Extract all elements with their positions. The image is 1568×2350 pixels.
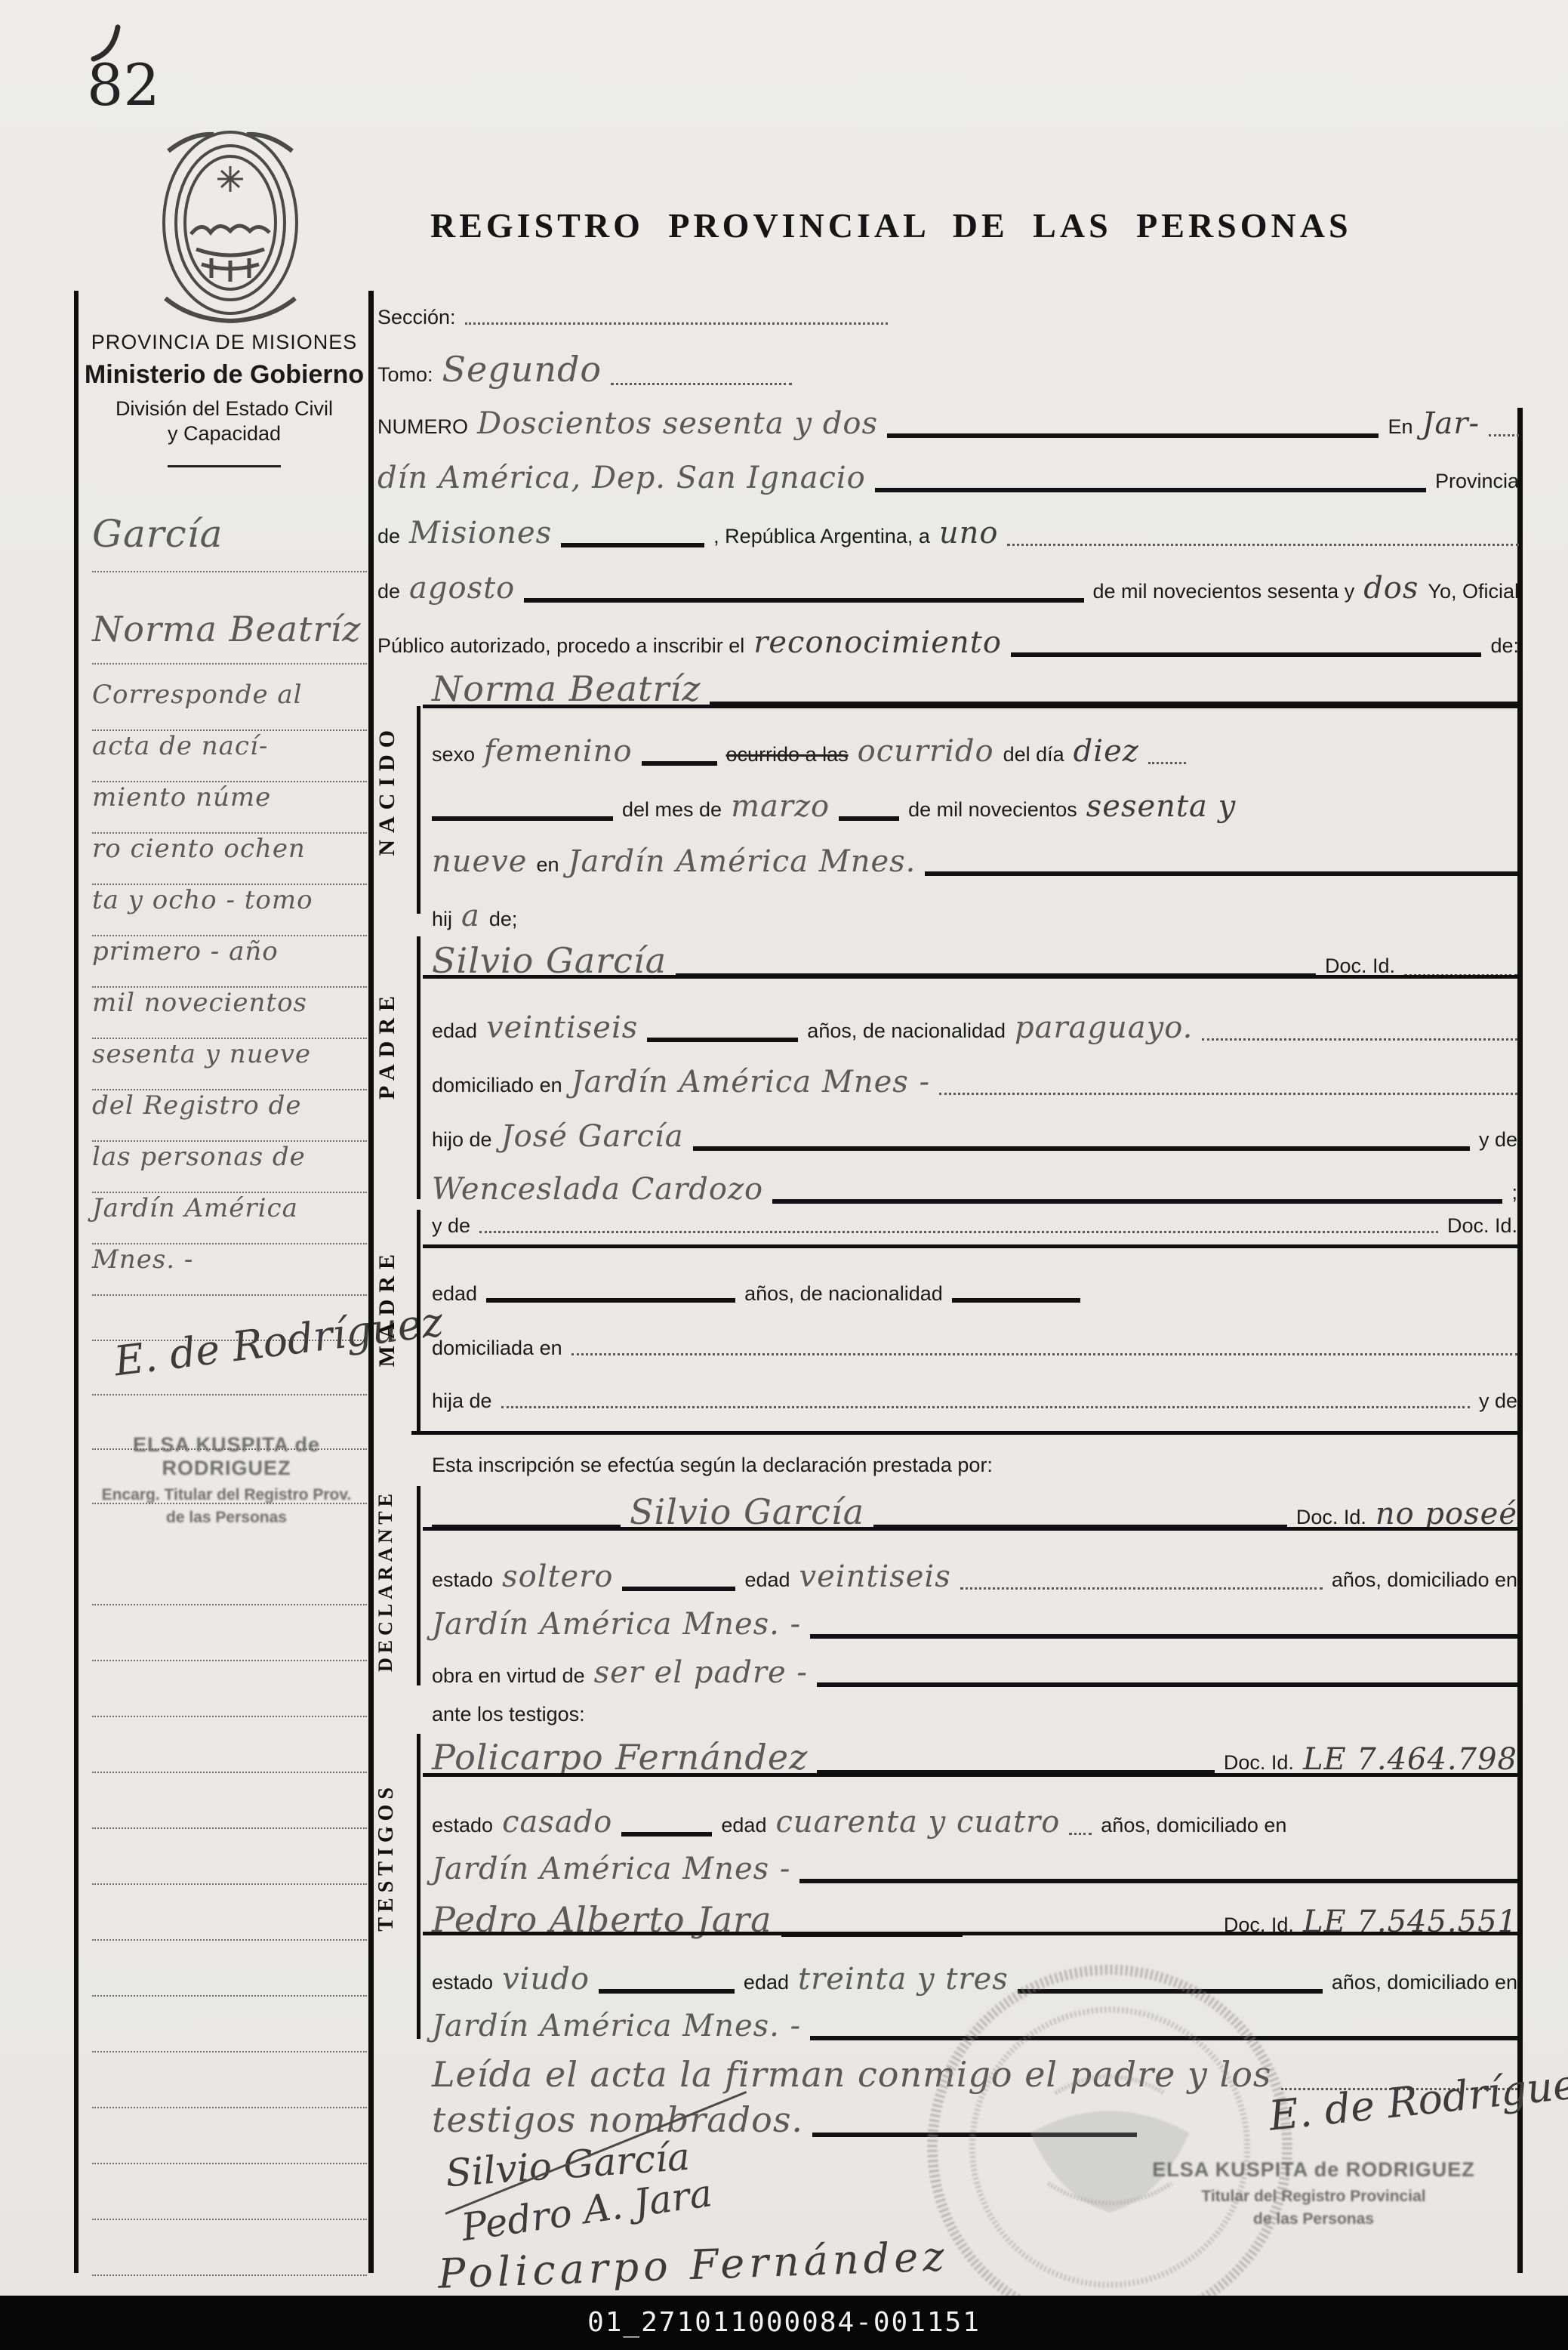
- stamp-name: ELSA KUSPITA de RODRIGUEZ: [75, 1433, 377, 1480]
- anio-nacimiento-unidad-value: nueve: [432, 844, 527, 879]
- doc-id-label: Doc. Id.: [1224, 1751, 1294, 1775]
- org-division-1: División del Estado Civil: [82, 397, 367, 421]
- scan-code: 01_271011000084-001151: [0, 2296, 1568, 2350]
- testigo2-estado-value: viudo: [502, 1962, 590, 1997]
- line: [642, 755, 717, 766]
- testigo1-domicilio-value: Jardín América Mnes -: [432, 1852, 790, 1886]
- stamp-name: ELSA KUSPITA de RODRIGUEZ: [1132, 2158, 1495, 2182]
- margin-note-line: primero - año: [92, 936, 367, 988]
- line: [501, 1400, 1470, 1408]
- testigos-intro-label: ante los testigos:: [432, 1703, 585, 1726]
- margin-note-text: sesenta y nueve: [92, 1039, 311, 1069]
- row-numero: NUMERO Doscientos sesenta y dos En Jar-: [377, 406, 1519, 441]
- line: [1202, 1032, 1517, 1041]
- org-province: PROVINCIA DE MISIONES: [82, 331, 367, 354]
- line: [486, 1292, 735, 1303]
- spacer: [801, 384, 1519, 390]
- row-lugar-nacimiento: nueve en Jardín América Mnes.: [432, 844, 1517, 879]
- row-mes-nacimiento: del mes de marzo de mil novecientos sese…: [432, 789, 1517, 824]
- line: [621, 1826, 712, 1837]
- sidebar-ruled-line: [92, 1885, 367, 1941]
- row-nacido-nombre: Norma Beatríz: [432, 668, 1517, 709]
- margin-note-line: miento núme: [92, 782, 367, 834]
- form-right-border: [1517, 408, 1523, 2273]
- page-number: 82: [87, 51, 160, 119]
- sidebar-ruled-line: [92, 1392, 367, 1396]
- padre-nacionalidad-value: paraguayo.: [1015, 1010, 1193, 1045]
- tomo-line: [611, 377, 792, 385]
- ocurrido-value: ocurrido: [858, 734, 994, 769]
- hijo-de-label: hijo de: [432, 1128, 492, 1152]
- y-de-label: y de: [1479, 1128, 1517, 1152]
- sidebar-ruled-line: [92, 1941, 367, 1997]
- line: [952, 1292, 1080, 1303]
- margin-note-text: mil novecientos: [92, 988, 307, 1018]
- row-abuelo: hijo de José García y de: [432, 1119, 1517, 1154]
- line: [1007, 538, 1519, 546]
- row-fecha: de agosto de mil novecientos sesenta y d…: [377, 571, 1519, 606]
- acto-value: reconocimiento: [753, 625, 1002, 660]
- dia-registro-value: uno: [939, 516, 999, 550]
- sidebar-surname-line: García: [92, 480, 367, 572]
- declaracion-intro-label: Esta inscripción se efectúa según la dec…: [432, 1454, 993, 1477]
- sidebar-ruled-line: [92, 1605, 367, 1661]
- row-acto: Público autorizado, procedo a inscribir …: [377, 625, 1519, 660]
- testigo1-estado-value: casado: [502, 1805, 612, 1840]
- stamp-title: Encarg. Titular del Registro Prov.: [75, 1486, 377, 1504]
- margin-note-line: mil novecientos: [92, 988, 367, 1039]
- stamp-office: de las Personas: [75, 1509, 377, 1527]
- line: [925, 865, 1517, 876]
- y-de-label: y de: [432, 1214, 470, 1238]
- numero-line: [887, 427, 1379, 438]
- estado-label: estado: [432, 1568, 493, 1592]
- section-rule: [423, 1932, 1517, 1935]
- tomo-value: Segundo: [442, 349, 602, 390]
- edad-label: edad: [744, 1971, 789, 1994]
- line: [810, 1628, 1517, 1639]
- sidebar-surname: García: [92, 512, 223, 556]
- del-dia-label: del día: [1003, 743, 1064, 766]
- semicolon-label: ;: [1511, 1181, 1517, 1204]
- en-label: en: [536, 853, 559, 877]
- provincia-misiones-seal-icon: [155, 121, 306, 332]
- line: [875, 482, 1426, 492]
- edad-label: edad: [432, 1019, 477, 1043]
- org-divider: [168, 465, 281, 467]
- numero-label: NUMERO: [377, 415, 468, 439]
- margin-note-text: primero - año: [92, 936, 279, 967]
- sidebar-official-stamp: ELSA KUSPITA de RODRIGUEZ Encarg. Titula…: [75, 1433, 377, 1527]
- mes-registro-value: agosto: [409, 571, 515, 606]
- line: [479, 1225, 1438, 1233]
- line: [772, 1193, 1502, 1204]
- margin-note-line: sesenta y nueve: [92, 1039, 367, 1090]
- official-round-stamp: [898, 1944, 1321, 2350]
- line: [571, 1347, 1517, 1355]
- row-declarante-nombre: Silvio García Doc. Id. no poseé: [432, 1491, 1517, 1532]
- row-lugar: dín América, Dep. San Ignacio Provincia: [377, 461, 1519, 495]
- row-madre-padres: hija de y de: [432, 1389, 1517, 1413]
- y-de-label: y de: [1479, 1389, 1517, 1413]
- row-tomo: Tomo: Segundo: [377, 349, 1519, 390]
- margin-note-text: Mnes. -: [92, 1244, 193, 1275]
- doc-id-label: Doc. Id.: [1447, 1214, 1517, 1238]
- row-provincia: de Misiones , República Argentina, a uno: [377, 516, 1519, 550]
- row-testigos-intro: ante los testigos:: [432, 1703, 1517, 1726]
- sexo-value: femenino: [484, 734, 632, 769]
- nacido-bracket: [417, 706, 420, 914]
- de-label: de: [377, 525, 400, 548]
- org-ministry: Ministerio de Gobierno: [82, 360, 367, 390]
- sidebar-ruled-line: [92, 1717, 367, 1773]
- lugar-nacimiento-value: Jardín América Mnes.: [568, 844, 916, 879]
- section-label-declarante: DECLARANTE: [374, 1489, 397, 1672]
- madre-bracket: [417, 1210, 420, 1435]
- nacido-nombre-value: Norma Beatríz: [432, 668, 701, 709]
- hija-de-label: hija de: [432, 1389, 492, 1413]
- edad-label: edad: [721, 1814, 766, 1837]
- nacionalidad-label: años, de nacionalidad: [744, 1282, 943, 1306]
- line: [799, 1873, 1517, 1883]
- line: [622, 1581, 735, 1591]
- row-sexo: sexo femenino ocurrido a las ocurrido de…: [432, 734, 1517, 769]
- row-hija-de: hij a de;: [432, 899, 1517, 933]
- edad-label: edad: [744, 1568, 790, 1592]
- testigo1-nombre-value: Policarpo Fernández: [432, 1737, 808, 1778]
- tomo-label: Tomo:: [377, 363, 433, 387]
- section-rule: [423, 975, 1517, 979]
- margin-note-text: acta de nací-: [92, 731, 268, 761]
- domiciliado-suffix-label: años, domiciliado en: [1332, 1971, 1517, 1994]
- testigo1-doc-value: LE 7.464.798: [1303, 1742, 1517, 1777]
- lugar-cont-value: dín América, Dep. San Ignacio: [377, 461, 866, 495]
- sidebar-ruled-line: [92, 1997, 367, 2052]
- margin-note-text: Corresponde al: [92, 680, 303, 710]
- sidebar-ruled-line: [92, 2164, 367, 2220]
- row-declarante-estado: estado soltero edad veintiseis años, dom…: [432, 1559, 1517, 1594]
- section-rule: [423, 1244, 1517, 1248]
- dia-nacimiento-value: diez: [1074, 734, 1139, 769]
- anio-registro-value: dos: [1363, 571, 1419, 606]
- sidebar-ruled-line: [92, 2108, 367, 2164]
- abuelo-paterno-value: José García: [501, 1119, 684, 1154]
- margin-note: Corresponde al acta de nací- miento núme…: [92, 680, 367, 1296]
- line: [1011, 646, 1482, 657]
- sidebar-given-names: Norma Beatríz: [92, 609, 361, 649]
- sidebar-left-border: [74, 291, 79, 2273]
- padre-edad-value: veintiseis: [486, 1010, 638, 1045]
- margin-note-line: las personas de: [92, 1142, 367, 1193]
- doc-id-label: Doc. Id.: [1296, 1506, 1366, 1529]
- sidebar-ruled-line: [92, 1661, 367, 1717]
- domiciliado-label: domiciliado en: [432, 1074, 562, 1097]
- sidebar-ruled-line: [92, 2052, 367, 2108]
- margin-note-text: miento núme: [92, 782, 271, 813]
- en-label: En: [1388, 415, 1412, 439]
- margin-note-line: ro ciento ochen: [92, 834, 367, 885]
- lugar-inicio-value: Jar-: [1422, 406, 1480, 441]
- publico-label: Público autorizado, procedo a inscribir …: [377, 634, 744, 658]
- declarante-bracket: [417, 1486, 420, 1685]
- padre-domicilio-value: Jardín América Mnes -: [571, 1065, 930, 1099]
- de-colon-label: de:: [1490, 634, 1519, 658]
- sidebar-ruled-line: [92, 1550, 367, 1605]
- republica-label: , República Argentina, a: [713, 525, 930, 548]
- declarante-edad-value: veintiseis: [799, 1559, 951, 1594]
- row-madre-domicilio: domiciliada en: [432, 1337, 1517, 1360]
- margin-note-line: ta y ocho - tomo: [92, 885, 367, 936]
- nacionalidad-label: años, de nacionalidad: [807, 1019, 1006, 1043]
- seccion-label: Sección:: [377, 306, 456, 329]
- spacer: [526, 927, 1517, 933]
- line: [1148, 756, 1186, 764]
- row-testigo1-nombre: Policarpo Fernández Doc. Id. LE 7.464.79…: [432, 1737, 1517, 1778]
- line: [524, 592, 1083, 603]
- yo-oficial-label: Yo, Oficial: [1428, 580, 1519, 603]
- spacer: [897, 323, 1519, 329]
- obra-label: obra en virtud de: [432, 1664, 585, 1688]
- org-division-2: y Capacidad: [82, 422, 367, 446]
- abuela-paterna-value: Wenceslada Cardozo: [432, 1172, 763, 1207]
- oficial-stamp-block: ELSA KUSPITA de RODRIGUEZ Titular del Re…: [1132, 2158, 1495, 2228]
- line: [960, 1581, 1323, 1590]
- sidebar-given-names-line: Norma Beatríz: [92, 572, 367, 665]
- section-label-testigos: TESTIGOS: [374, 1782, 399, 1932]
- line: [939, 1087, 1517, 1095]
- numero-value: Doscientos sesenta y dos: [477, 406, 878, 441]
- margin-note-line: Corresponde al: [92, 680, 367, 731]
- section-label-nacido: NACIDO: [374, 723, 400, 856]
- mes-nacimiento-value: marzo: [731, 789, 830, 824]
- margin-note-text: del Registro de: [92, 1090, 301, 1121]
- sidebar-org-block: PROVINCIA DE MISIONES Ministerio de Gobi…: [82, 331, 367, 467]
- anio-nacimiento-decena-value: sesenta y: [1086, 789, 1236, 824]
- line: [839, 810, 899, 821]
- anio-label: de mil novecientos sesenta y: [1093, 580, 1355, 603]
- line: [432, 810, 613, 821]
- row-padre-edad: edad veintiseis años, de nacionalidad pa…: [432, 1010, 1517, 1045]
- scan-footer-bar: 01_271011000084-001151: [0, 2296, 1568, 2350]
- del-mes-label: del mes de: [622, 798, 722, 822]
- novecientos-label: de mil novecientos: [908, 798, 1077, 822]
- row-obra-en-virtud: obra en virtud de ser el padre -: [432, 1655, 1517, 1690]
- section-rule: [423, 705, 1517, 708]
- line: [647, 1032, 798, 1042]
- row-declaracion-intro: Esta inscripción se efectúa según la dec…: [432, 1454, 1517, 1477]
- obra-value: ser el padre -: [594, 1655, 808, 1690]
- row-padre-domicilio: domiciliado en Jardín América Mnes -: [432, 1065, 1517, 1099]
- sidebar-empty-lines: [92, 1550, 367, 2276]
- row-declarante-domicilio: Jardín América Mnes. -: [432, 1607, 1517, 1642]
- line: [561, 537, 704, 547]
- section-rule: [423, 1773, 1517, 1777]
- de-label: de: [377, 580, 400, 603]
- margin-note-text: Jardín América: [92, 1193, 298, 1223]
- spacer: [1089, 1300, 1517, 1306]
- sexo-label: sexo: [432, 743, 475, 766]
- form-left-border: [368, 291, 374, 2273]
- provincia-label: Provincia: [1435, 470, 1519, 493]
- testigo1-edad-value: cuarenta y cuatro: [775, 1805, 1060, 1840]
- row-abuela: Wenceslada Cardozo ;: [432, 1172, 1517, 1207]
- scanned-civil-registry-page: 82 PROVINCIA DE MISIONES Ministerio de G…: [0, 0, 1568, 2350]
- declarante-domicilio-value: Jardín América Mnes. -: [432, 1607, 801, 1642]
- de-suffix-label: de;: [489, 908, 518, 931]
- margin-note-text: ro ciento ochen: [92, 834, 306, 864]
- testigo2-domicilio-value: Jardín América Mnes. -: [432, 2009, 801, 2043]
- hij-prefix-label: hij: [432, 908, 452, 931]
- line: [693, 1140, 1470, 1151]
- seccion-blank-line: [465, 316, 888, 325]
- testigos-bracket: [417, 1734, 420, 2039]
- sidebar-ruled-line: [92, 1773, 367, 1829]
- margin-note-line: acta de nací-: [92, 731, 367, 782]
- margin-note-text: ta y ocho - tomo: [92, 885, 313, 915]
- page-title: REGISTRO PROVINCIAL DE LAS PERSONAS: [430, 205, 1352, 245]
- estado-label: estado: [432, 1971, 493, 1994]
- row-testigo1-estado: estado casado edad cuarenta y cuatro año…: [432, 1805, 1517, 1840]
- margin-note-line: Jardín América: [92, 1193, 367, 1244]
- stamp-office: de las Personas: [1132, 2210, 1495, 2228]
- edad-label: edad: [432, 1282, 477, 1306]
- section-label-padre: PADRE: [374, 989, 400, 1099]
- domiciliado-suffix-label: años, domiciliado en: [1101, 1814, 1286, 1837]
- section-rule: [423, 1527, 1517, 1531]
- line: [1489, 428, 1519, 436]
- provincia-value: Misiones: [409, 516, 552, 550]
- section-label-madre: MADRE: [374, 1247, 400, 1367]
- sidebar-ruled-line: [92, 2220, 367, 2276]
- row-madre-edad: edad años, de nacionalidad: [432, 1282, 1517, 1306]
- row-madre-nombre: y de Doc. Id.: [432, 1214, 1517, 1238]
- section-rule: [411, 1431, 1517, 1435]
- domiciliado-suffix-label: años, domiciliado en: [1332, 1568, 1517, 1592]
- declarante-estado-value: soltero: [502, 1559, 613, 1594]
- stamp-title: Titular del Registro Provincial: [1132, 2188, 1495, 2206]
- declarante-nombre-value: Silvio García: [630, 1491, 864, 1532]
- estado-label: estado: [432, 1814, 493, 1837]
- margin-note-text: las personas de: [92, 1142, 306, 1172]
- margin-note-line: Mnes. -: [92, 1244, 367, 1296]
- ocurrido-printed-label: ocurrido a las: [726, 743, 849, 766]
- hij-sufijo-value: a: [461, 899, 480, 933]
- row-seccion: Sección:: [377, 306, 1519, 329]
- margin-note-line: del Registro de: [92, 1090, 367, 1142]
- closing-line2: testigos nombrados.: [432, 2099, 803, 2140]
- domiciliada-label: domiciliada en: [432, 1337, 562, 1360]
- sidebar-ruled-line: [92, 1829, 367, 1885]
- line: [1069, 1827, 1092, 1835]
- line: [599, 1983, 735, 1994]
- line: [817, 1676, 1517, 1687]
- padre-bracket: [417, 936, 420, 1199]
- row-testigo1-domicilio: Jardín América Mnes -: [432, 1852, 1517, 1886]
